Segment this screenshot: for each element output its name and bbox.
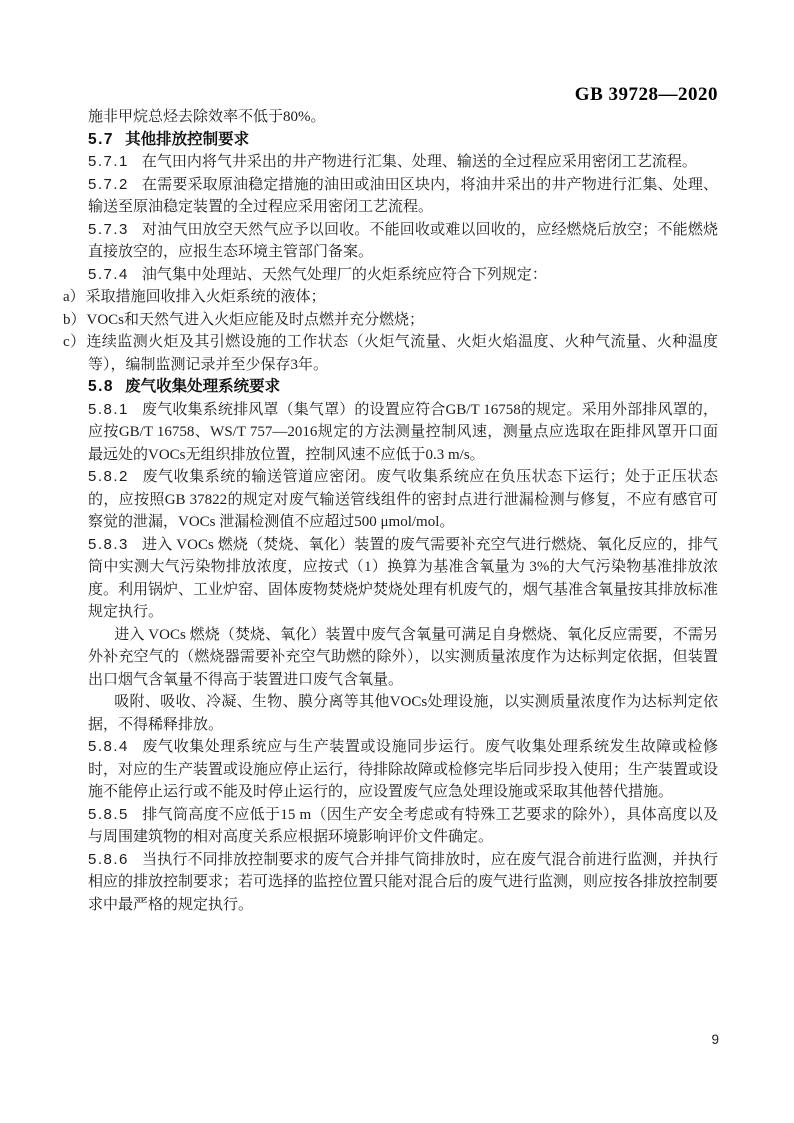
continuation-line: 施非甲烷总烃去除效率不低于80%。	[88, 106, 718, 129]
clause-number: 5.8.4	[88, 738, 129, 755]
clause-text: 排气筒高度不应低于15 m（因生产安全考虑或有特殊工艺要求的除外），具体高度以及…	[88, 807, 718, 846]
clause-5-7-2: 5.7.2在需要采取原油稳定措施的油田或油田区块内，将油井采出的井产物进行汇集、…	[88, 174, 718, 219]
list-item-b: b）VOCs和天然气进入火炬应能及时点燃并充分燃烧；	[88, 309, 718, 332]
list-marker: a）	[63, 289, 85, 305]
list-item-text: 采取措施回收排入火炬系统的液体；	[86, 289, 326, 305]
document-page: GB 39728—2020 施非甲烷总烃去除效率不低于80%。 5.7其他排放控…	[0, 0, 794, 1123]
page-number: 9	[711, 1032, 719, 1047]
clause-5-8-3: 5.8.3进入 VOCs 燃烧（焚烧、氧化）装置的废气需要补充空气进行燃烧、氧化…	[88, 534, 718, 624]
clause-text: 进入 VOCs 燃烧（焚烧、氧化）装置的废气需要补充空气进行燃烧、氧化反应的，排…	[88, 537, 718, 621]
clause-text: 油气集中处理站、天然气处理厂的火炬系统应符合下列规定：	[142, 267, 547, 283]
clause-text: 对油气田放空天然气应予以回收。不能回收或难以回收的，应经燃烧后放空；不能燃烧直接…	[88, 222, 718, 261]
clause-5-8-2: 5.8.2废气收集系统的输送管道应密闭。废气收集系统应在负压状态下运行；处于正压…	[88, 466, 718, 534]
list-marker: b）	[63, 312, 86, 328]
clause-5-7-4: 5.7.4油气集中处理站、天然气处理厂的火炬系统应符合下列规定：	[88, 264, 718, 287]
clause-5-7-3: 5.7.3对油气田放空天然气应予以回收。不能回收或难以回收的，应经燃烧后放空；不…	[88, 219, 718, 264]
clause-text: 在需要采取原油稳定措施的油田或油田区块内，将油井采出的井产物进行汇集、处理、输送…	[88, 177, 718, 216]
clause-number: 5.7.2	[88, 176, 129, 193]
clause-text: 废气收集系统排风罩（集气罩）的设置应符合GB/T 16758的规定。采用外部排风…	[88, 402, 718, 463]
clause-5-8-5: 5.8.5排气筒高度不应低于15 m（因生产安全考虑或有特殊工艺要求的除外），具…	[88, 804, 718, 849]
page-header: GB 39728—2020	[0, 0, 794, 106]
list-item-text: 连续监测火炬及其引燃设施的工作状态（火炬气流量、火炬火焰温度、火种气流量、火种温…	[86, 334, 718, 373]
clause-5-7-1: 5.7.1在气田内将气井采出的井产物进行汇集、处理、输送的全过程应采用密闭工艺流…	[88, 151, 718, 174]
clause-text: 废气收集处理系统应与生产装置或设施同步运行。废气收集处理系统发生故障或检修时，对…	[88, 739, 718, 800]
document-body: 施非甲烷总烃去除效率不低于80%。 5.7其他排放控制要求 5.7.1在气田内将…	[0, 106, 794, 916]
clause-number: 5.8.6	[88, 851, 129, 868]
clause-5-8-1: 5.8.1废气收集系统排风罩（集气罩）的设置应符合GB/T 16758的规定。采…	[88, 399, 718, 467]
list-marker: c）	[63, 334, 85, 350]
list-item-a: a）采取措施回收排入火炬系统的液体；	[88, 286, 718, 309]
section-heading-5-8: 5.8废气收集处理系统要求	[88, 376, 718, 399]
section-title: 废气收集处理系统要求	[125, 378, 280, 395]
paragraph-oxygen-sufficient: 进入 VOCs 燃烧（焚烧、氧化）装置中废气含氧量可满足自身燃烧、氧化反应需要，…	[88, 624, 718, 692]
clause-number: 5.8.3	[88, 536, 129, 553]
clause-number: 5.8.1	[88, 401, 129, 418]
list-item-c: c）连续监测火炬及其引燃设施的工作状态（火炬气流量、火炬火焰温度、火种气流量、火…	[88, 331, 718, 376]
clause-5-8-4: 5.8.4废气收集处理系统应与生产装置或设施同步运行。废气收集处理系统发生故障或…	[88, 736, 718, 804]
list-item-text: VOCs和天然气进入火炬应能及时点燃并充分燃烧；	[87, 312, 425, 328]
paragraph-other-treatment: 吸附、吸收、冷凝、生物、膜分离等其他VOCs处理设施，以实测质量浓度作为达标判定…	[88, 691, 718, 736]
section-title: 其他排放控制要求	[125, 131, 249, 148]
clause-text: 废气收集系统的输送管道应密闭。废气收集系统应在负压状态下运行；处于正压状态的，应…	[88, 469, 718, 530]
clause-number: 5.8.2	[88, 468, 129, 485]
section-heading-5-7: 5.7其他排放控制要求	[88, 129, 718, 152]
section-number: 5.8	[88, 378, 114, 395]
clause-number: 5.7.1	[88, 153, 129, 170]
standard-number-header: GB 39728—2020	[575, 84, 718, 105]
clause-number: 5.7.3	[88, 221, 129, 238]
clause-text: 在气田内将气井采出的井产物进行汇集、处理、输送的全过程应采用密闭工艺流程。	[142, 154, 697, 170]
clause-number: 5.8.5	[88, 806, 129, 823]
clause-5-8-6: 5.8.6当执行不同排放控制要求的废气合并排气筒排放时，应在废气混合前进行监测，…	[88, 849, 718, 917]
clause-text: 当执行不同排放控制要求的废气合并排气筒排放时，应在废气混合前进行监测，并执行相应…	[88, 852, 718, 913]
section-number: 5.7	[88, 131, 114, 148]
clause-number: 5.7.4	[88, 266, 129, 283]
